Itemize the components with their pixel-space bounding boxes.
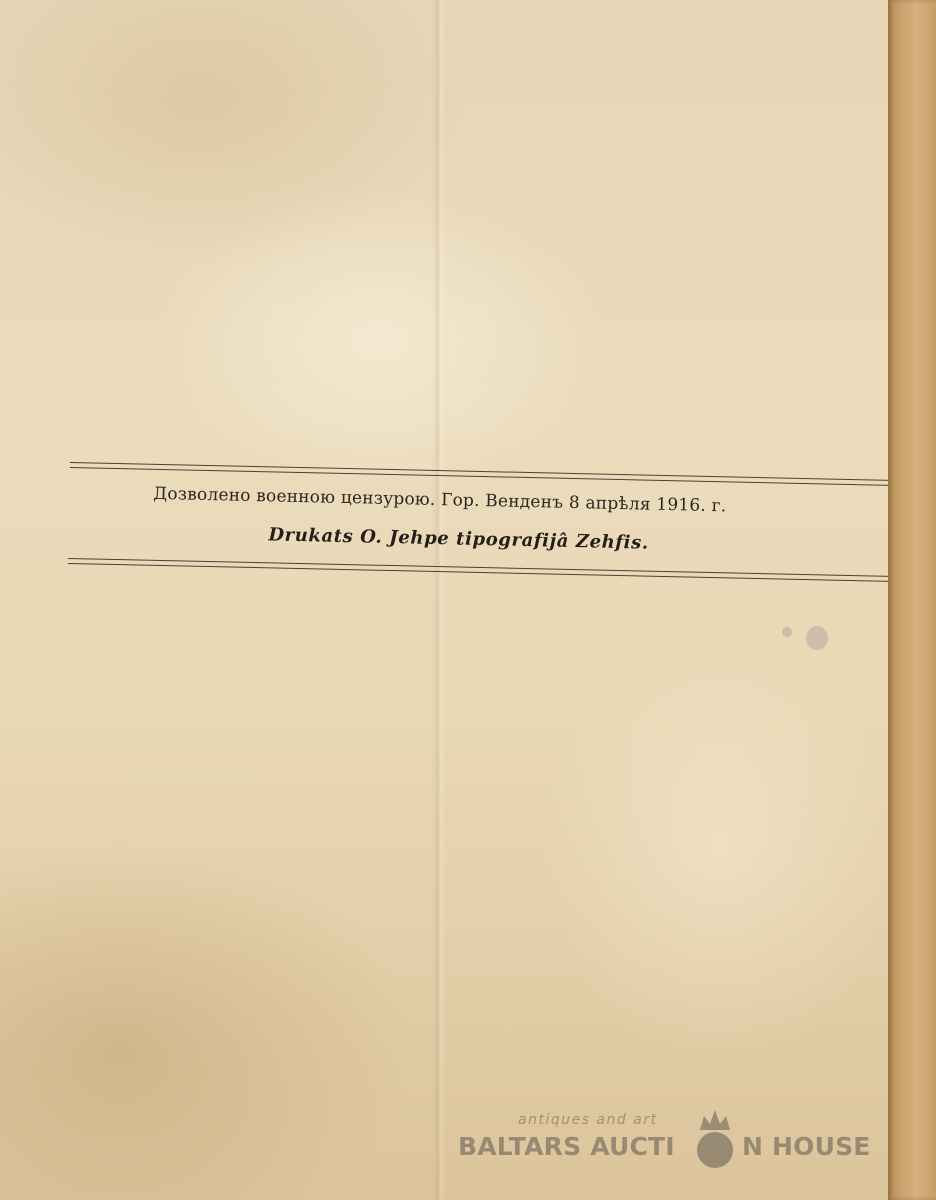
imprint-block: Дозволено военною цензурою. Гор. Венденъ… (66, 462, 905, 650)
paper-page: Дозволено военною цензурою. Гор. Венденъ… (0, 0, 888, 1200)
document-photo: Дозволено военною цензурою. Гор. Венденъ… (0, 0, 936, 1200)
watermark-tagline: antiques and art (518, 1112, 658, 1128)
printer-line: Drukats O. Jehpe tipografijâ Zehfis. (268, 524, 649, 553)
book-gutter-edge (888, 0, 936, 1200)
auction-house-watermark: antiques and art BALTARS AUCTI N HOUSE (458, 1100, 858, 1170)
censorship-line: Дозволено военною цензурою. Гор. Венденъ… (153, 484, 726, 516)
watermark-name-right: N HOUSE (742, 1132, 871, 1161)
paper-stain (782, 627, 792, 637)
paper-stain (806, 626, 828, 650)
watermark-name-left: BALTARS AUCTI (458, 1132, 675, 1161)
crown-medallion-icon (692, 1108, 738, 1170)
show-through-title (190, 224, 661, 292)
double-rule-bottom (68, 558, 898, 582)
double-rule-top (70, 462, 900, 486)
